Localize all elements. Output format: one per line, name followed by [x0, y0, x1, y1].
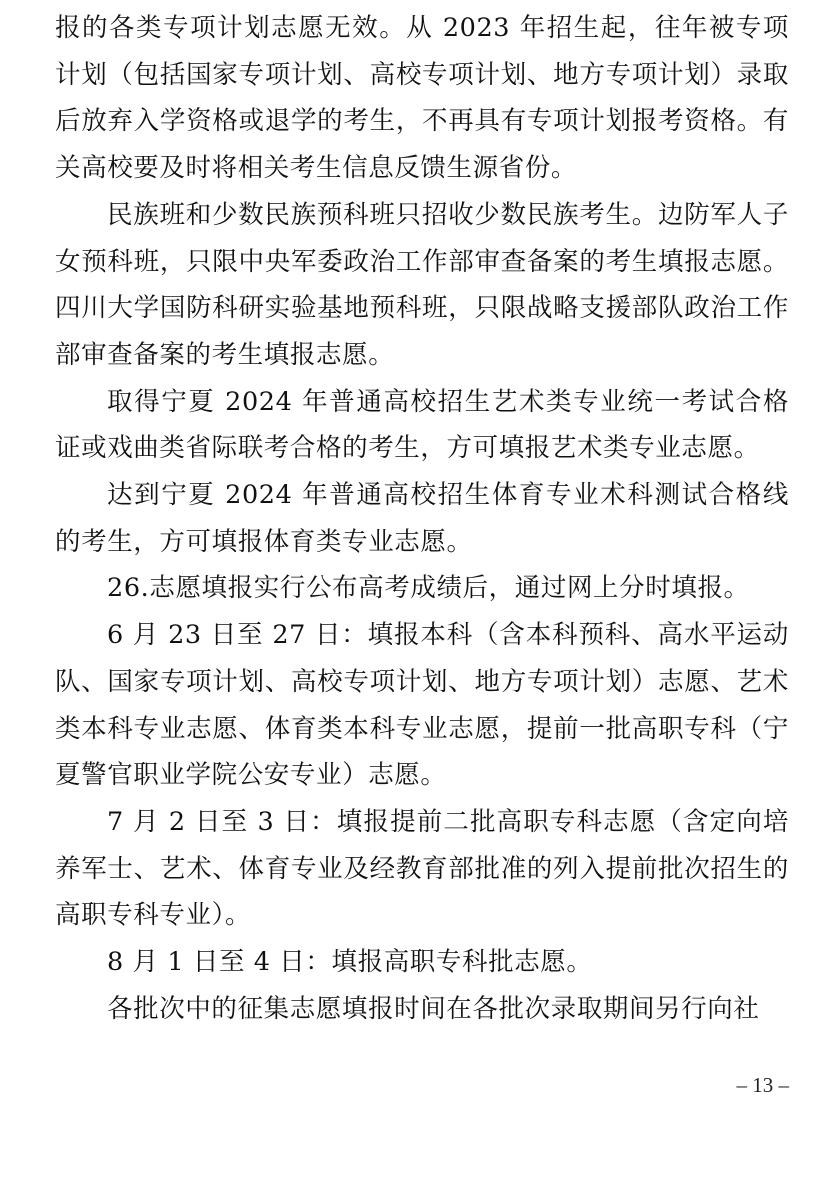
page-number: – 13 – [737, 1073, 790, 1098]
paragraph-ethnic-classes: 民族班和少数民族预科班只招收少数民族考生。边防军人子女预科班，只限中央军委政治工… [55, 192, 789, 379]
paragraph-june-schedule: 6 月 23 日至 27 日：填报本科（含本科预科、高水平运动队、国家专项计划、… [55, 612, 789, 799]
paragraph-supplementary: 各批次中的征集志愿填报时间在各批次录取期间另行向社 [55, 986, 789, 1033]
paragraph-item-26: 26.志愿填报实行公布高考成绩后，通过网上分时填报。 [55, 565, 789, 612]
paragraph-august-schedule: 8 月 1 日至 4 日：填报高职专科批志愿。 [55, 939, 789, 986]
document-page: 报的各类专项计划志愿无效。从 2023 年招生起，往年被专项计划（包括国家专项计… [55, 5, 789, 1032]
paragraph-july-schedule: 7 月 2 日至 3 日：填报提前二批高职专科志愿（含定向培养军士、艺术、体育专… [55, 799, 789, 939]
paragraph-art-qualification: 取得宁夏 2024 年普通高校招生艺术类专业统一考试合格证或戏曲类省际联考合格的… [55, 379, 789, 472]
paragraph-special-plan: 报的各类专项计划志愿无效。从 2023 年招生起，往年被专项计划（包括国家专项计… [55, 5, 789, 192]
paragraph-sports-qualification: 达到宁夏 2024 年普通高校招生体育专业术科测试合格线的考生，方可填报体育类专… [55, 472, 789, 565]
